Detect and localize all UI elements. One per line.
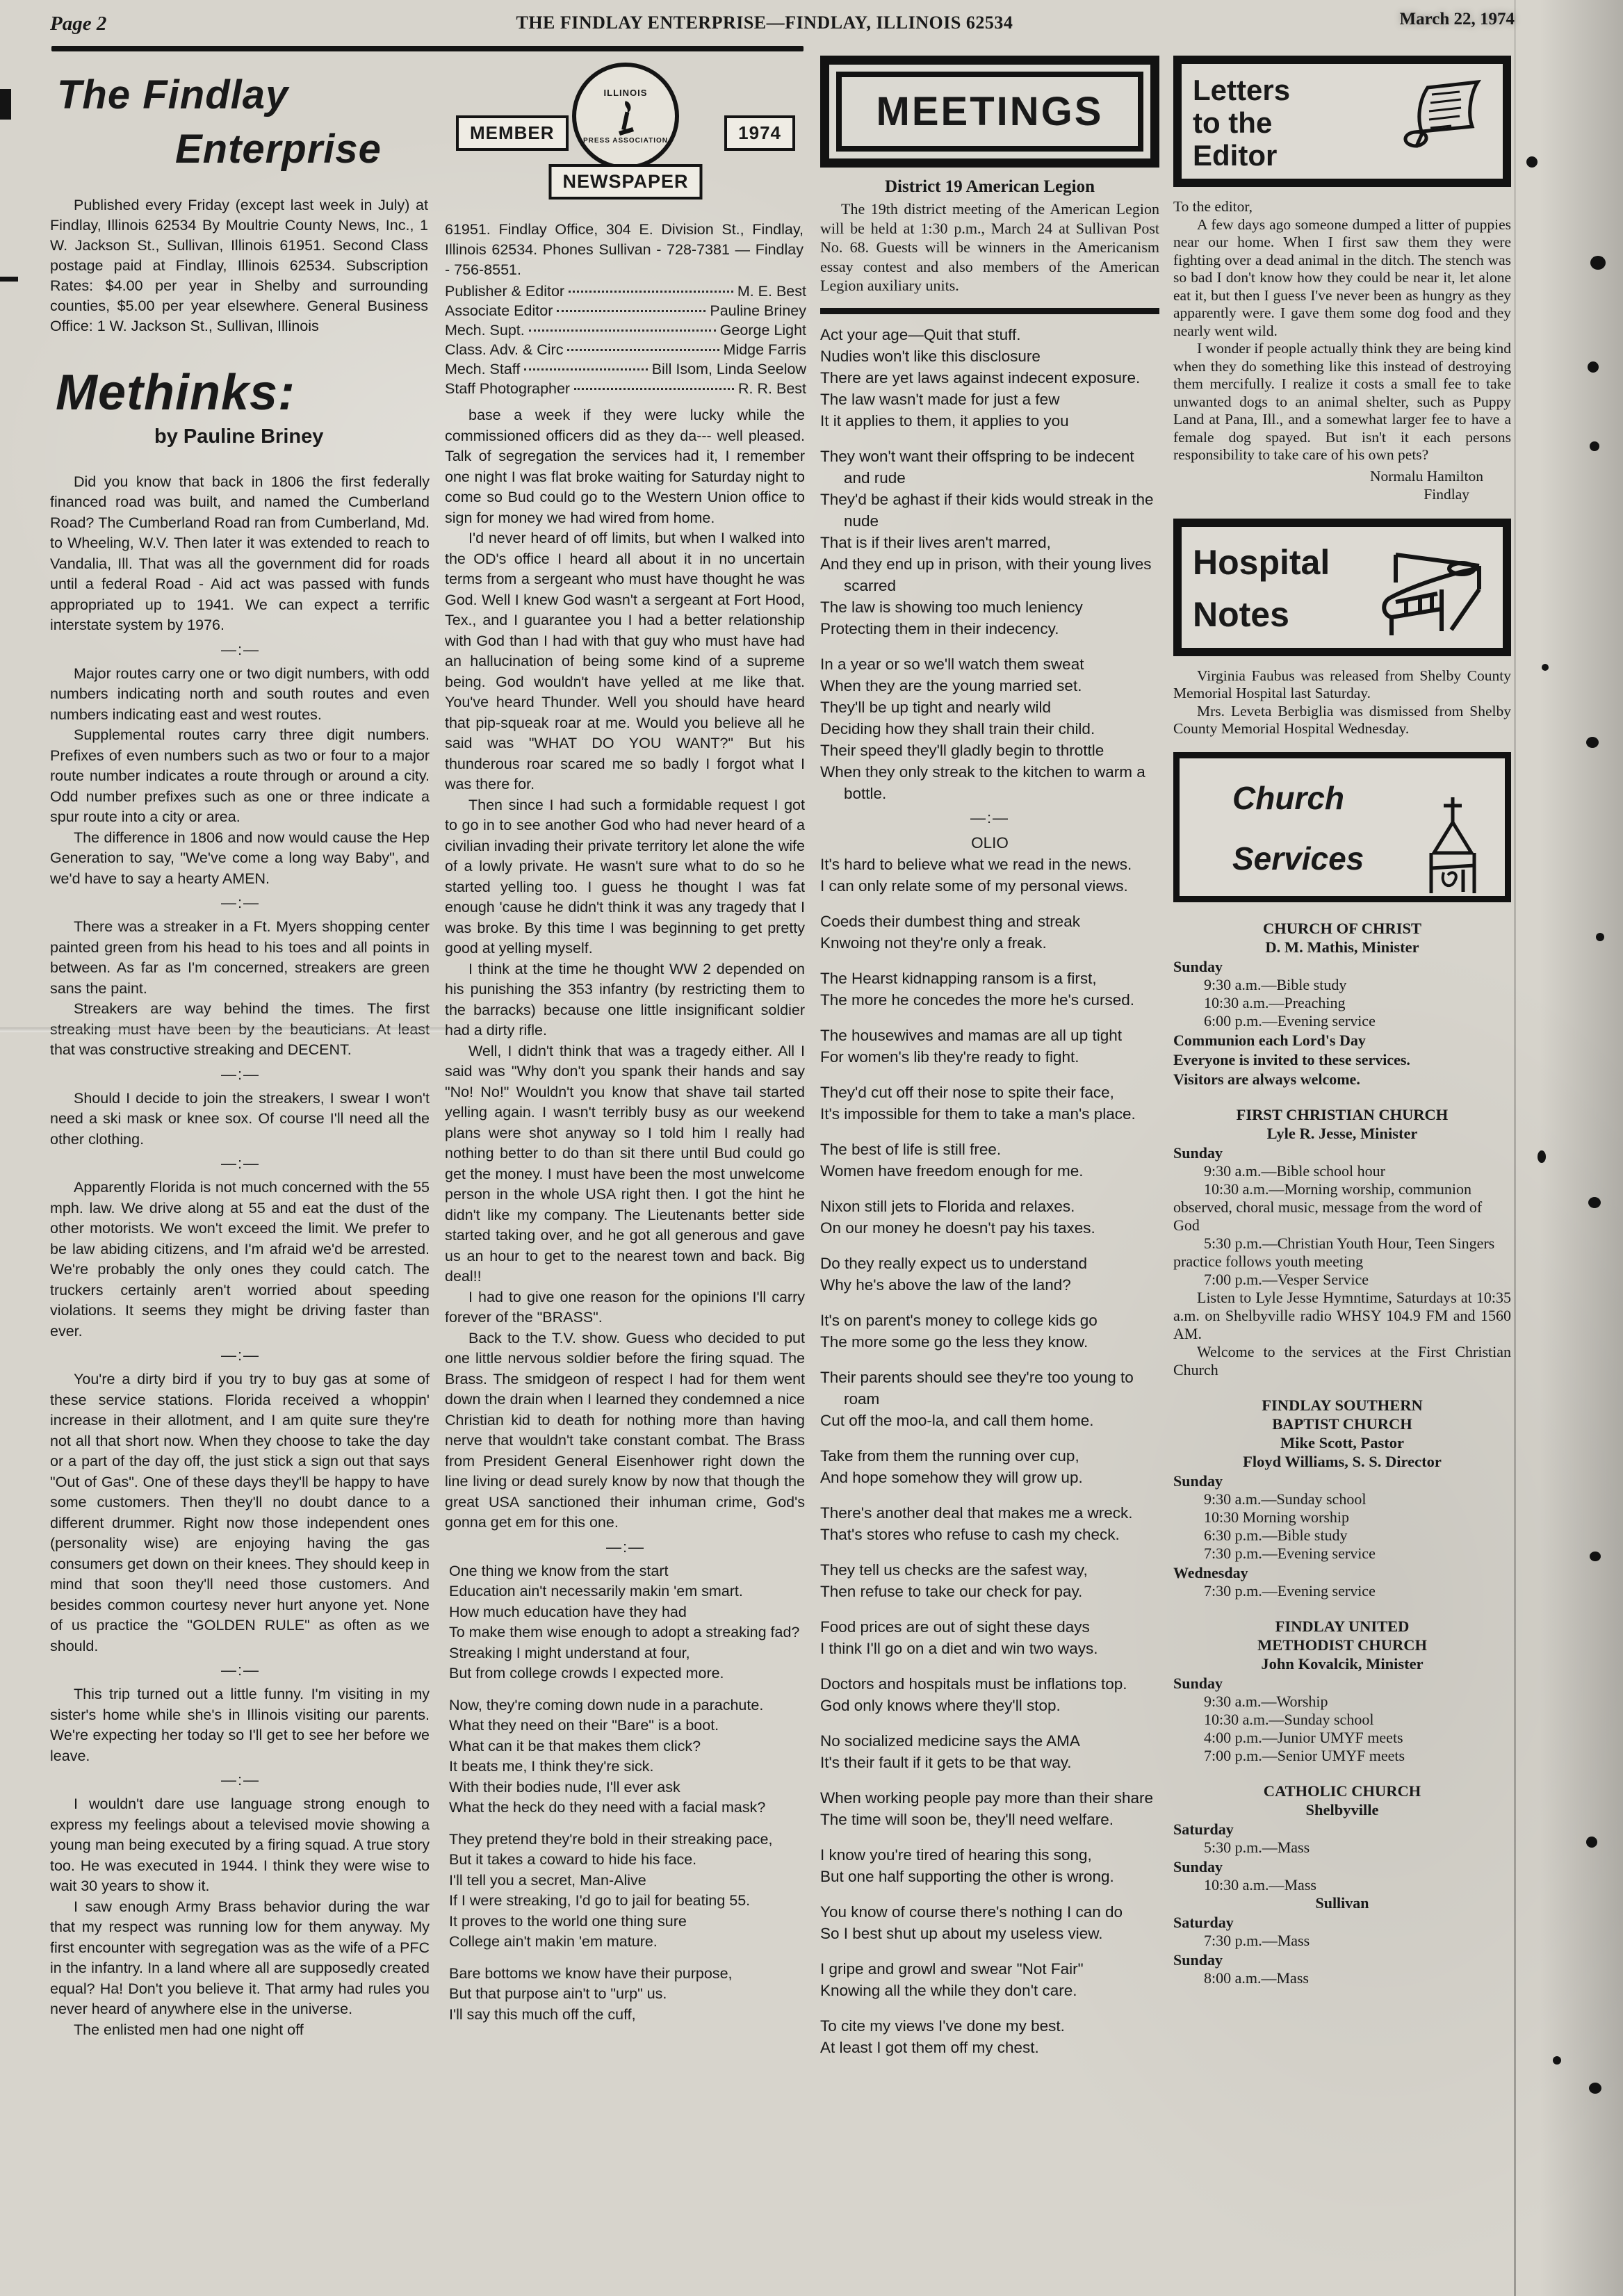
stanza-gap — [449, 1684, 806, 1695]
verse-line: For women's lib they're ready to fight. — [820, 1046, 1159, 1068]
letters-box: Letters to the Editor — [1173, 56, 1511, 187]
verse-line: They'd cut off their nose to spite their… — [820, 1082, 1159, 1103]
church-services-box: Church Services — [1173, 752, 1511, 903]
verse-line: When they only streak to the kitchen to … — [820, 761, 1159, 804]
letter-paragraph: A few days ago someone dumped a litter o… — [1173, 216, 1511, 341]
verse-line: Take from them the running over cup, — [820, 1445, 1159, 1467]
church-heading: BAPTIST CHURCH — [1173, 1415, 1511, 1433]
staff-name: R. R. Best — [738, 379, 806, 398]
stanza-gap — [820, 1830, 1159, 1844]
badge-member-ribbon: MEMBER — [456, 115, 569, 151]
staff-role: Publisher & Editor — [445, 282, 564, 301]
poem-line: College ain't makin 'em mature. — [449, 1932, 806, 1953]
church-schedule-line: Sunday — [1173, 1858, 1511, 1876]
church-schedule-line: 4:00 p.m.—Junior UMYF meets — [1173, 1729, 1511, 1747]
meetings-title: MEETINGS — [876, 89, 1104, 134]
stanza-gap — [820, 1773, 1159, 1787]
paragraph: Did you know that back in 1806 the first… — [50, 472, 430, 636]
stanza-gap — [820, 1068, 1159, 1082]
paragraph: I had to give one reason for the opinion… — [445, 1287, 805, 1328]
verse-line: Women have freedom enough for me. — [820, 1160, 1159, 1182]
church-schedule-line: Sunday — [1173, 1951, 1511, 1969]
stanza-gap — [820, 1488, 1159, 1502]
poem-line: If I were streaking, I'd go to jail for … — [449, 1891, 806, 1912]
church-section: FINDLAY UNITEDMETHODIST CHURCHJohn Koval… — [1173, 1617, 1511, 1765]
paragraph: Should I decide to join the streakers, I… — [50, 1089, 430, 1150]
church-heading: Floyd Williams, S. S. Director — [1173, 1452, 1511, 1471]
section-divider: —:— — [820, 809, 1159, 827]
dotted-leader — [569, 291, 733, 293]
staff-row: Associate EditorPauline Briney — [445, 301, 806, 320]
verse-line: It's impossible for them to take a man's… — [820, 1103, 1159, 1125]
staff-role: Mech. Staff — [445, 359, 520, 379]
badge-newspaper-ribbon: NEWSPAPER — [548, 164, 702, 200]
section-divider: —:— — [50, 641, 431, 659]
verse-line: Their parents should see they're too you… — [820, 1367, 1159, 1410]
church-schedule-line: 8:00 a.m.—Mass — [1173, 1969, 1511, 1987]
church-schedule-line: 10:30 a.m.—Preaching — [1173, 994, 1511, 1012]
church-schedule-line: Wednesday — [1173, 1564, 1511, 1582]
paragraph: The enlisted men had one night off — [50, 2020, 430, 2041]
poem-line: It beats me, I think they're sick. — [449, 1757, 806, 1777]
stanza-gap — [449, 1818, 806, 1830]
verse-line: They won't want their offspring to be in… — [820, 446, 1159, 489]
verse-line: The housewives and mamas are all up tigh… — [820, 1025, 1159, 1046]
poem-line: To make them wise enough to adopt a stre… — [449, 1622, 806, 1643]
verse-line: So I best shut up about my useless view. — [820, 1923, 1159, 1944]
paragraph: This trip turned out a little funny. I'm… — [50, 1684, 430, 1766]
church-heading: FINDLAY UNITED — [1173, 1617, 1511, 1636]
verse-line: But one half supporting the other is wro… — [820, 1866, 1159, 1887]
church-schedule-line: 9:30 a.m.—Bible study — [1173, 976, 1511, 994]
verse-line: You know of course there's nothing I can… — [820, 1901, 1159, 1923]
poem-line: Streaking I might understand at four, — [449, 1643, 806, 1664]
church-body: CHURCH OF CHRISTD. M. Mathis, MinisterSu… — [1173, 919, 1511, 1987]
ink-speck — [1590, 1552, 1601, 1561]
church-heading: CHURCH OF CHRIST — [1173, 919, 1511, 938]
staff-row: Mech. StaffBill Isom, Linda Seelow — [445, 359, 806, 379]
verse-line: At least I got them off my chest. — [820, 2037, 1159, 2058]
poem-line: How much education have they had — [449, 1602, 806, 1623]
column-1: The Findlay Enterprise Published every F… — [50, 56, 431, 2287]
verse-line: In a year or so we'll watch them sweat — [820, 653, 1159, 675]
dotted-leader — [567, 349, 719, 351]
verse-line: They'll be up tight and nearly wild — [820, 697, 1159, 718]
verse-center: OLIO — [820, 832, 1159, 854]
poem-line: I'll say this much off the cuff, — [449, 2005, 806, 2026]
paragraph: Apparently Florida is not much concerned… — [50, 1178, 430, 1342]
verse-line: Coeds their dumbest thing and streak — [820, 911, 1159, 932]
letter-signature: Normalu Hamilton Findlay — [1173, 467, 1511, 503]
church-heading: METHODIST CHURCH — [1173, 1636, 1511, 1654]
verse-line: The law is showing too much leniency — [820, 596, 1159, 618]
stanza-gap — [820, 1011, 1159, 1025]
verse-line: Doctors and hospitals must be inflations… — [820, 1673, 1159, 1695]
ink-speck — [1538, 1150, 1546, 1163]
ink-speck — [1588, 1197, 1601, 1208]
stanza-gap — [820, 1944, 1159, 1958]
legion-story: The 19th district meeting of the America… — [820, 200, 1159, 295]
staff-name: M. E. Best — [737, 282, 806, 301]
press-association-badge: MEMBER 1974 ILLINOIS PRESS ASSOCIATION N… — [445, 58, 806, 210]
church-schedule-line: 7:30 p.m.—Evening service — [1173, 1582, 1511, 1600]
hospital-notes-box: Hospital Notes — [1173, 519, 1511, 656]
dotted-leader — [574, 388, 734, 390]
stanza-gap — [820, 1296, 1159, 1310]
hospital-paragraph: Mrs. Leveta Berbiglia was dismissed from… — [1173, 703, 1511, 738]
verse-line: To cite my views I've done my best. — [820, 2015, 1159, 2037]
verse-line: Their speed they'll gladly begin to thro… — [820, 740, 1159, 761]
staff-name: Pauline Briney — [710, 301, 806, 320]
masthead-info-right: 61951. Findlay Office, 304 E. Division S… — [445, 220, 804, 280]
verse-line: Why he's above the law of the land? — [820, 1274, 1159, 1296]
poem-line: But it takes a coward to hide his face. — [449, 1850, 806, 1871]
church-schedule-line: 10:30 Morning worship — [1173, 1508, 1511, 1526]
staff-role: Mech. Supt. — [445, 320, 525, 340]
church-schedule-line: 7:00 p.m.—Vesper Service — [1173, 1271, 1511, 1289]
verse-line: Then refuse to take our check for pay. — [820, 1581, 1159, 1602]
poem-line: Now, they're coming down nude in a parac… — [449, 1695, 806, 1716]
verse-line: It's hard to believe what we read in the… — [820, 854, 1159, 875]
running-head: THE FINDLAY ENTERPRISE—FINDLAY, ILLINOIS… — [516, 13, 1013, 33]
letter-salutation: To the editor, — [1173, 198, 1511, 216]
church-schedule-line: Communion each Lord's Day — [1173, 1032, 1511, 1050]
church-heading: D. M. Mathis, Minister — [1173, 938, 1511, 956]
church-schedule-line: Everyone is invited to these services. — [1173, 1051, 1511, 1069]
stanza-gap — [820, 1659, 1159, 1673]
church-schedule-line: 9:30 a.m.—Sunday school — [1173, 1490, 1511, 1508]
verse-line: I know you're tired of hearing this song… — [820, 1844, 1159, 1866]
verse-line: Cut off the moo-la, and call them home. — [820, 1410, 1159, 1431]
scan-edge-mark — [0, 89, 11, 120]
verse-line: And hope somehow they will grow up. — [820, 1467, 1159, 1488]
paragraph: I saw enough Army Brass behavior during … — [50, 1897, 430, 2020]
church-section: FIRST CHRISTIAN CHURCHLyle R. Jesse, Min… — [1173, 1105, 1511, 1379]
poem-line: They pretend they're bold in their strea… — [449, 1830, 806, 1850]
verse-line: It it applies to them, it applies to you — [820, 410, 1159, 432]
signature-place: Findlay — [1173, 485, 1483, 503]
header-rule — [51, 46, 804, 51]
stanza-gap — [820, 2001, 1159, 2015]
church-section: CATHOLIC CHURCHShelbyvilleSaturday5:30 p… — [1173, 1782, 1511, 1987]
verse-line: I think I'll go on a diet and win two wa… — [820, 1638, 1159, 1659]
verse-line: The Hearst kidnapping ransom is a first, — [820, 968, 1159, 989]
poem-line: But that purpose ain't to "urp" us. — [449, 1984, 806, 2005]
church-schedule-line: Sunday — [1173, 1144, 1511, 1162]
staff-list: Publisher & EditorM. E. BestAssociate Ed… — [445, 282, 806, 398]
verse-line: The more he concedes the more he's curse… — [820, 989, 1159, 1011]
stanza-gap — [820, 432, 1159, 446]
verse-line: That's stores who refuse to cash my chec… — [820, 1524, 1159, 1545]
letter-paragraph: I wonder if people actually think they a… — [1173, 340, 1511, 464]
poem-line: What the heck do they need with a facial… — [449, 1798, 806, 1818]
badge-year-ribbon: 1974 — [724, 115, 795, 151]
church-heading: FINDLAY SOUTHERN — [1173, 1396, 1511, 1415]
ink-speck — [1553, 2056, 1561, 2065]
verse-line: It's on parent's money to college kids g… — [820, 1310, 1159, 1331]
church-schedule-line: Saturday — [1173, 1914, 1511, 1932]
meetings-box-inner: MEETINGS — [836, 72, 1143, 152]
press-seal-icon: ILLINOIS PRESS ASSOCIATION — [572, 63, 679, 170]
page-number: Page 2 — [50, 13, 106, 35]
church-schedule-line: Visitors are always welcome. — [1173, 1070, 1511, 1089]
staff-name: Bill Isom, Linda Seelow — [652, 359, 806, 379]
letter-scroll-icon — [1389, 76, 1493, 156]
paragraph: You're a dirty bird if you try to buy ga… — [50, 1369, 430, 1656]
verse-line: They tell us checks are the safest way, — [820, 1559, 1159, 1581]
church-schedule-line: 7:00 p.m.—Senior UMYF meets — [1173, 1747, 1511, 1765]
verse-line: Nudies won't like this disclosure — [820, 345, 1159, 367]
section-divider: —:— — [50, 1155, 431, 1173]
ink-speck — [1590, 441, 1599, 451]
methinks-title: Methinks: — [56, 364, 431, 421]
verse-line: On our money he doesn't pay his taxes. — [820, 1217, 1159, 1239]
poem-line: It proves to the world one thing sure — [449, 1912, 806, 1932]
church-schedule-line: 6:30 p.m.—Bible study — [1173, 1526, 1511, 1545]
poem-line: What can it be that makes them click? — [449, 1736, 806, 1757]
ink-speck — [1586, 1837, 1597, 1848]
church-heading: Shelbyville — [1173, 1800, 1511, 1819]
stanza-gap — [820, 1431, 1159, 1445]
paragraph: Well, I didn't think that was a tragedy … — [445, 1041, 805, 1287]
verse-line: The more some go the less they know. — [820, 1331, 1159, 1353]
poem-line: I'll tell you a secret, Man-Alive — [449, 1871, 806, 1891]
verse-line: Act your age—Quit that stuff. — [820, 324, 1159, 345]
verse-line: When they are the young married set. — [820, 675, 1159, 697]
ink-speck — [1588, 361, 1599, 373]
torch-icon — [612, 99, 639, 136]
paragraph: There was a streaker in a Ft. Myers shop… — [50, 917, 430, 999]
hospital-paragraph: Virginia Faubus was released from Shelby… — [1173, 667, 1511, 703]
stanza-gap — [820, 954, 1159, 968]
stanza-gap — [820, 1239, 1159, 1253]
verse-line: That is if their lives aren't marred, — [820, 532, 1159, 553]
verse-line: When working people pay more than their … — [820, 1787, 1159, 1809]
masthead-title-line1: The Findlay — [57, 72, 288, 117]
dotted-leader — [524, 368, 647, 371]
verse-line: Protecting them in their indecency. — [820, 618, 1159, 640]
stanza-gap — [820, 1716, 1159, 1730]
staff-role: Staff Photographer — [445, 379, 570, 398]
church-steeple-icon — [1414, 776, 1491, 898]
paragraph: I think at the time he thought WW 2 depe… — [445, 959, 805, 1041]
hospital-bed-icon — [1375, 548, 1493, 642]
seal-bottom-text: PRESS ASSOCIATION — [583, 137, 668, 145]
church-schedule-line: 10:30 a.m.—Morning worship, communion ob… — [1173, 1180, 1511, 1235]
stanza-gap — [820, 1545, 1159, 1559]
poem-block: One thing we know from the startEducatio… — [449, 1561, 806, 2026]
section-divider: —:— — [50, 1661, 431, 1679]
methinks-body: Did you know that back in 1806 the first… — [50, 472, 431, 2041]
staff-name: Midge Farris — [724, 340, 806, 359]
olio-poem-body: Act your age—Quit that stuff.Nudies won'… — [820, 324, 1159, 2058]
staff-row: Publisher & EditorM. E. Best — [445, 282, 806, 301]
church-schedule-line: Listen to Lyle Jesse Hymntime, Saturdays… — [1173, 1289, 1511, 1343]
paragraph: The difference in 1806 and now would cau… — [50, 828, 430, 890]
column-3: MEETINGS District 19 American Legion The… — [820, 56, 1159, 2287]
church-schedule-line: Sullivan — [1173, 1894, 1511, 1912]
dotted-leader — [557, 310, 706, 312]
methinks-continued-body: base a week if they were lucky while the… — [445, 405, 806, 2025]
stanza-gap — [820, 1125, 1159, 1139]
church-schedule-line: Sunday — [1173, 1472, 1511, 1490]
staff-row: Class. Adv. & CircMidge Farris — [445, 340, 806, 359]
paper-crease — [0, 1027, 445, 1032]
church-schedule-line: 7:30 p.m.—Mass — [1173, 1932, 1511, 1950]
stanza-gap — [820, 1887, 1159, 1901]
church-schedule-line: 5:30 p.m.—Mass — [1173, 1839, 1511, 1857]
staff-role: Class. Adv. & Circ — [445, 340, 563, 359]
verse-line: Knowing all the while they don't care. — [820, 1980, 1159, 2001]
church-schedule-line: Sunday — [1173, 958, 1511, 976]
paragraph: base a week if they were lucky while the… — [445, 405, 805, 528]
poem-line: Education ain't necessarily makin 'em sm… — [449, 1581, 806, 1602]
section-divider: —:— — [445, 1538, 806, 1556]
seal-top-text: ILLINOIS — [604, 88, 648, 98]
methinks-byline: by Pauline Briney — [154, 425, 431, 448]
verse-line: The law wasn't made for just a few — [820, 389, 1159, 410]
church-section: CHURCH OF CHRISTD. M. Mathis, MinisterSu… — [1173, 919, 1511, 1089]
church-schedule-line: 9:30 a.m.—Bible school hour — [1173, 1162, 1511, 1180]
verse-line: It's their fault if it gets to be that w… — [820, 1752, 1159, 1773]
staff-row: Mech. Supt.George Light — [445, 320, 806, 340]
paragraph: Major routes carry one or two digit numb… — [50, 664, 430, 726]
church-heading: CATHOLIC CHURCH — [1173, 1782, 1511, 1800]
church-schedule-line: Welcome to the services at the First Chr… — [1173, 1343, 1511, 1379]
page-header: Page 2 THE FINDLAY ENTERPRISE—FINDLAY, I… — [50, 10, 1519, 46]
verse-line: There are yet laws against indecent expo… — [820, 367, 1159, 389]
meetings-box: MEETINGS — [820, 56, 1159, 168]
paper-fold-crease — [1514, 0, 1516, 2296]
verse-line: There's another deal that makes me a wre… — [820, 1502, 1159, 1524]
poem-line: One thing we know from the start — [449, 1561, 806, 1582]
dotted-leader — [529, 329, 716, 332]
verse-line: No socialized medicine says the AMA — [820, 1730, 1159, 1752]
ink-speck — [1526, 156, 1538, 168]
poem-line: But from college crowds I expected more. — [449, 1663, 806, 1684]
verse-line: The best of life is still free. — [820, 1139, 1159, 1160]
church-heading: John Kovalcik, Minister — [1173, 1654, 1511, 1673]
section-divider: —:— — [50, 1066, 431, 1084]
church-heading: Lyle R. Jesse, Minister — [1173, 1124, 1511, 1143]
poem-line: Bare bottoms we know have their purpose, — [449, 1964, 806, 1985]
newspaper-page-scan: Page 2 THE FINDLAY ENTERPRISE—FINDLAY, I… — [0, 0, 1623, 2296]
church-heading: Mike Scott, Pastor — [1173, 1433, 1511, 1452]
church-heading: FIRST CHRISTIAN CHURCH — [1173, 1105, 1511, 1124]
stanza-gap — [820, 1353, 1159, 1367]
paragraph: Back to the T.V. show. Guess who decided… — [445, 1328, 805, 1533]
column-layout: The Findlay Enterprise Published every F… — [50, 56, 1511, 2287]
section-divider: —:— — [50, 894, 431, 912]
church-section: FINDLAY SOUTHERNBAPTIST CHURCHMike Scott… — [1173, 1396, 1511, 1600]
verse-line: The time will soon be, they'll need welf… — [820, 1809, 1159, 1830]
staff-name: George Light — [720, 320, 806, 340]
masthead-info-left: Published every Friday (except last week… — [50, 195, 428, 336]
paragraph: Supplemental routes carry three digit nu… — [50, 725, 430, 828]
letter-body: A few days ago someone dumped a litter o… — [1173, 216, 1511, 464]
verse-line: They'd be aghast if their kids would str… — [820, 489, 1159, 532]
verse-line: Deciding how they shall train their chil… — [820, 718, 1159, 740]
church-schedule-line: Saturday — [1173, 1821, 1511, 1839]
staff-role: Associate Editor — [445, 301, 553, 320]
church-schedule-line: 6:00 p.m.—Evening service — [1173, 1012, 1511, 1030]
church-schedule-line: Sunday — [1173, 1675, 1511, 1693]
hospital-body: Virginia Faubus was released from Shelby… — [1173, 667, 1511, 738]
paragraph: I wouldn't dare use language strong enou… — [50, 1794, 430, 1897]
ink-speck — [1596, 933, 1604, 941]
signature-name: Normalu Hamilton — [1173, 467, 1483, 485]
verse-line: And they end up in prison, with their yo… — [820, 553, 1159, 596]
masthead-title-line2: Enterprise — [175, 122, 431, 177]
verse-line: Food prices are out of sight these days — [820, 1616, 1159, 1638]
legion-headline: District 19 American Legion — [820, 177, 1159, 197]
column-4: Letters to the Editor To the editor, A f… — [1173, 56, 1511, 2287]
poem-line: What they need on their "Bare" is a boot… — [449, 1716, 806, 1736]
stanza-gap — [820, 897, 1159, 911]
stanza-gap — [820, 1602, 1159, 1616]
verse-line: Nixon still jets to Florida and relaxes. — [820, 1196, 1159, 1217]
verse-line: I can only relate some of my personal vi… — [820, 875, 1159, 897]
poem-line: With their bodies nude, I'll ever ask — [449, 1777, 806, 1798]
column-rule — [820, 308, 1159, 314]
masthead-title: The Findlay Enterprise — [57, 68, 431, 177]
stanza-gap — [449, 1953, 806, 1964]
ink-speck — [1542, 664, 1549, 671]
verse-line: God only knows where they'll stop. — [820, 1695, 1159, 1716]
church-schedule-line: 7:30 p.m.—Evening service — [1173, 1545, 1511, 1563]
ink-speck — [1589, 2083, 1601, 2094]
ink-speck — [1586, 737, 1599, 748]
scan-edge-mark — [0, 277, 18, 282]
stanza-gap — [820, 1182, 1159, 1196]
church-schedule-line: 10:30 a.m.—Sunday school — [1173, 1711, 1511, 1729]
church-schedule-line: 9:30 a.m.—Worship — [1173, 1693, 1511, 1711]
issue-date: March 22, 1974 — [1400, 10, 1515, 29]
paragraph: Then since I had such a formidable reque… — [445, 795, 805, 959]
church-schedule-line: 10:30 a.m.—Mass — [1173, 1876, 1511, 1894]
stanza-gap — [820, 640, 1159, 653]
paragraph: I'd never heard of off limits, but when … — [445, 528, 805, 795]
staff-row: Staff PhotographerR. R. Best — [445, 379, 806, 398]
verse-line: Knwoing not they're only a freak. — [820, 932, 1159, 954]
section-divider: —:— — [50, 1346, 431, 1365]
ink-speck — [1590, 256, 1606, 270]
section-divider: —:— — [50, 1771, 431, 1789]
column-2: MEMBER 1974 ILLINOIS PRESS ASSOCIATION N… — [445, 56, 806, 2287]
church-schedule-line: 5:30 p.m.—Christian Youth Hour, Teen Sin… — [1173, 1235, 1511, 1271]
verse-line: Do they really expect us to understand — [820, 1253, 1159, 1274]
verse-line: I gripe and growl and swear "Not Fair" — [820, 1958, 1159, 1980]
